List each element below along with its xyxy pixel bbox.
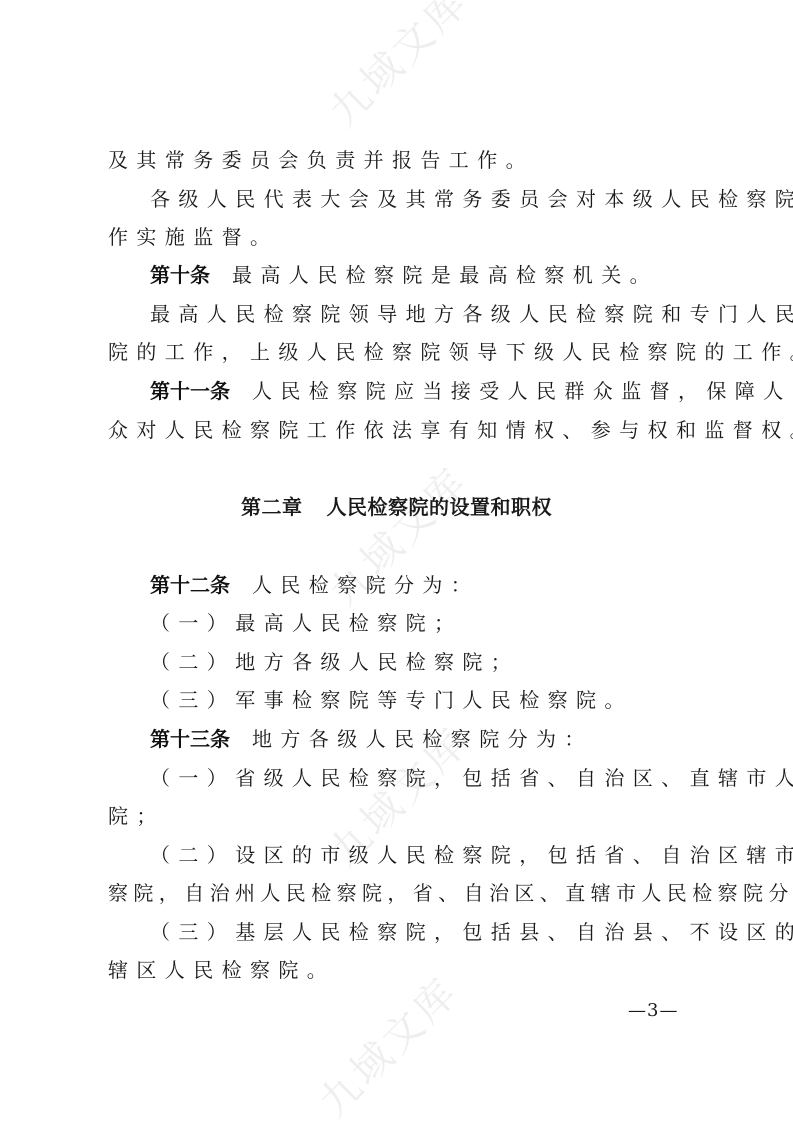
watermark: 九域文库 bbox=[305, 962, 470, 1122]
list-item: （三）军事检察院等专门人民检察院。 bbox=[150, 688, 633, 712]
document-page: 九域文库 九域文库 九域文库 九域文库 及其常务委员会负责并报告工作。 各级人民… bbox=[0, 0, 793, 1122]
article-text: 人民检察院分为： bbox=[252, 573, 479, 597]
article-text: 人民检察院应当接受人民群众监督，保障人民群 bbox=[252, 379, 793, 403]
paragraph-line: 院的工作，上级人民检察院领导下级人民检察院的工作。 bbox=[108, 340, 793, 364]
article-text: 地方各级人民检察院分为： bbox=[252, 727, 593, 751]
list-item-continuation: 察院，自治州人民检察院，省、自治区、直辖市人民检察院分院； bbox=[108, 881, 793, 905]
paragraph-line: 作实施监督。 bbox=[108, 225, 278, 249]
article-label: 第十条 bbox=[150, 263, 210, 287]
article-label: 第十一条 bbox=[150, 379, 230, 403]
page-number: —3— bbox=[628, 1000, 678, 1021]
watermark: 九域文库 bbox=[315, 0, 480, 137]
list-item: （一）最高人民检察院； bbox=[150, 611, 462, 635]
paragraph-line: 及其常务委员会负责并报告工作。 bbox=[108, 148, 534, 172]
chapter-heading: 第二章人民检察院的设置和职权 bbox=[0, 495, 793, 519]
article-label: 第十二条 bbox=[150, 573, 230, 597]
paragraph-line: 最高人民检察院领导地方各级人民检察院和专门人民检察 bbox=[150, 302, 793, 326]
article-12: 第十二条人民检察院分为： bbox=[150, 573, 479, 597]
chapter-title: 人民检察院的设置和职权 bbox=[327, 495, 553, 519]
article-text: 最高人民检察院是最高检察机关。 bbox=[232, 263, 658, 287]
chapter-number: 第二章 bbox=[241, 495, 303, 519]
list-item: （三）基层人民检察院，包括县、自治县、不设区的市、市 bbox=[150, 920, 793, 944]
list-item-continuation: 辖区人民检察院。 bbox=[108, 958, 335, 982]
paragraph-line: 各级人民代表大会及其常务委员会对本级人民检察院的工 bbox=[150, 187, 793, 211]
list-item-continuation: 院； bbox=[108, 804, 165, 828]
article-10: 第十条最高人民检察院是最高检察机关。 bbox=[150, 263, 658, 287]
list-item: （一）省级人民检察院，包括省、自治区、直辖市人民检察 bbox=[150, 766, 793, 790]
article-13: 第十三条地方各级人民检察院分为： bbox=[150, 727, 593, 751]
list-item: （二）地方各级人民检察院； bbox=[150, 650, 519, 674]
list-item: （二）设区的市级人民检察院，包括省、自治区辖市人民检 bbox=[150, 843, 793, 867]
article-11: 第十一条人民检察院应当接受人民群众监督，保障人民群 bbox=[150, 379, 793, 403]
article-label: 第十三条 bbox=[150, 727, 230, 751]
paragraph-line: 众对人民检察院工作依法享有知情权、参与权和监督权。 bbox=[108, 418, 793, 442]
